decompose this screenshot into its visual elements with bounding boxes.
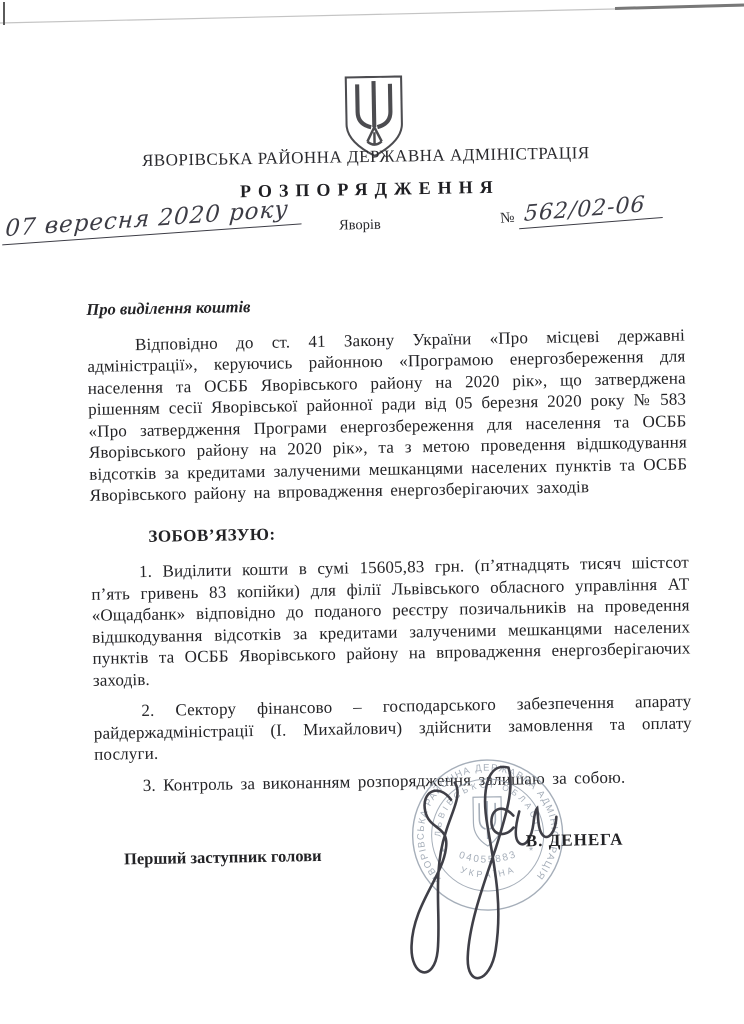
number-sign: №	[500, 210, 516, 227]
handwritten-signature	[390, 753, 569, 996]
place-name: Яворів	[339, 217, 381, 235]
signatory-name: В. ДЕНЕГА	[526, 830, 624, 852]
scan-edge-artifact	[0, 0, 744, 34]
subject-line: Про виділення коштів	[86, 289, 684, 321]
scanned-ordinance-page: ЯВОРІВСЬКА РАЙОННА ДЕРЖАВНА АДМІНІСТРАЦІ…	[0, 0, 744, 1024]
order-item-2: 2. Сектору фінансово – господарського за…	[93, 690, 692, 765]
preamble-paragraph: Відповідно до ст. 41 Закону України «Про…	[87, 324, 688, 506]
signatory-position-title: Перший заступник голови	[124, 846, 322, 869]
order-heading: ЗОБОВ’ЯЗУЮ:	[148, 516, 688, 547]
document-body: Про виділення коштів Відповідно до ст. 4…	[86, 289, 693, 797]
document-content: ЯВОРІВСЬКА РАЙОННА ДЕРЖАВНА АДМІНІСТРАЦІ…	[0, 0, 744, 1024]
order-item-1: 1. Виділити кошти в сумі 15605,83 грн. (…	[91, 551, 691, 690]
